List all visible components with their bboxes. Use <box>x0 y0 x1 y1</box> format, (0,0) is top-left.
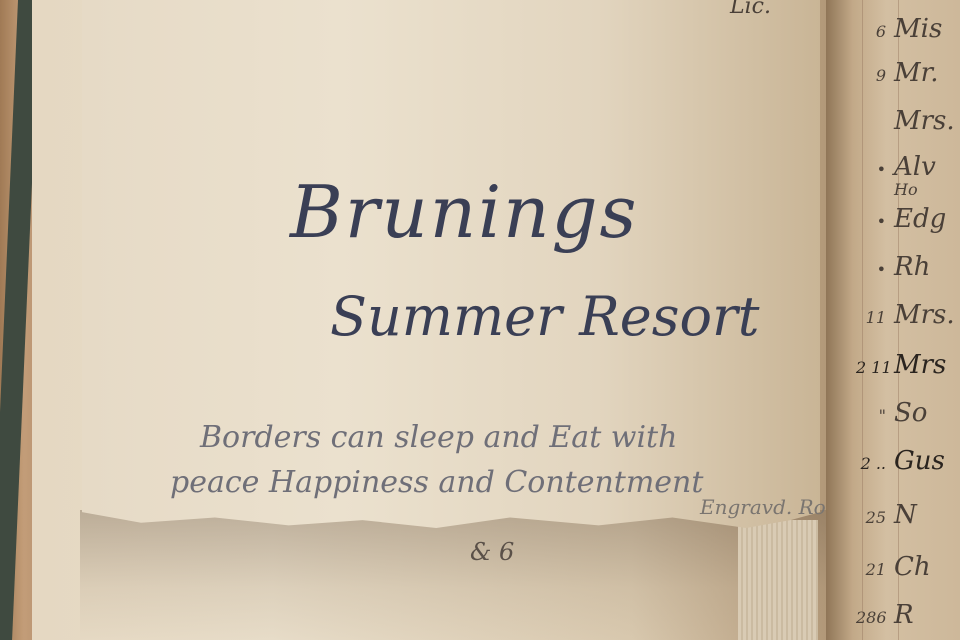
top-fragment-right: Lic. <box>730 0 771 19</box>
ledger-row: 11Mrs. <box>856 300 955 330</box>
ledger-row: "So <box>856 398 927 428</box>
ledger-row: 2 11Mrs <box>856 350 946 380</box>
ledger-row: Ho <box>856 180 918 199</box>
ledger-row: 6Mis <box>856 14 942 44</box>
below-card-fragment: & 6 <box>470 538 514 566</box>
card-signature: Engravd. Ro <box>700 495 826 519</box>
ledger-row: 9Mr. <box>856 58 938 88</box>
card-body-line-1: Borders can sleep and Eat with <box>200 420 677 455</box>
card-title-summer-resort: Summer Resort <box>330 285 759 348</box>
ledger-row: •Alv <box>856 152 936 182</box>
ledger-row: •Rh <box>856 252 930 282</box>
card-body-line-2: peace Happiness and Contentment <box>170 465 703 500</box>
page-edge-strip <box>738 520 818 640</box>
ledger-page: 6Mis 9Mr. Mrs. •Alv Ho •Edg •Rh 11Mrs. 2… <box>826 0 960 640</box>
card-title-brunings: Brunings <box>290 170 639 254</box>
ledger-row: 286R <box>856 600 914 630</box>
card-shadow <box>80 510 840 640</box>
ledger-row: •Edg <box>856 204 946 234</box>
ledger-row: 21Ch <box>856 552 931 582</box>
ledger-row: 2 ..Gus <box>856 446 945 476</box>
ledger-row: 25N <box>856 500 917 530</box>
ledger-row: Mrs. <box>856 106 955 136</box>
